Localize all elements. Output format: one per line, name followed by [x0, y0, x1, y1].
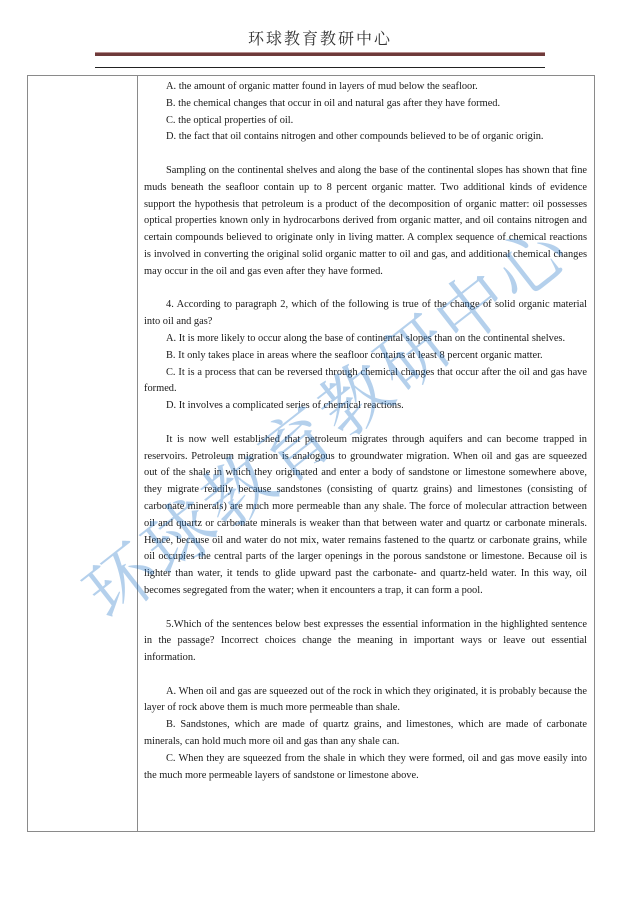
prev-option-d: D. the fact that oil contains nitrogen a…	[144, 129, 587, 146]
page-header-title: 环球教育教研中心	[0, 26, 640, 49]
question-5-option-b: B. Sandstones, which are made of quartz …	[144, 717, 587, 751]
question-4-option-a: A. It is more likely to occur along the …	[144, 331, 587, 348]
prev-option-c: C. the optical properties of oil.	[144, 113, 587, 130]
prev-option-a: A. the amount of organic matter found in…	[144, 79, 587, 96]
question-4-stem: 4. According to paragraph 2, which of th…	[144, 297, 587, 331]
prev-option-b: B. the chemical changes that occur in oi…	[144, 96, 587, 113]
right-column-cell: A. the amount of organic matter found in…	[138, 76, 594, 831]
question-5-stem: 5.Which of the sentences below best expr…	[144, 617, 587, 667]
passage-paragraph-3: It is now well established that petroleu…	[144, 432, 587, 600]
content-table: A. the amount of organic matter found in…	[27, 75, 595, 832]
question-4-option-b: B. It only takes place in areas where th…	[144, 348, 587, 365]
passage-paragraph-2: Sampling on the continental shelves and …	[144, 163, 587, 281]
header-rule-thin	[95, 67, 545, 68]
header-rule-thick	[95, 52, 545, 56]
question-4-option-d: D. It involves a complicated series of c…	[144, 398, 587, 415]
question-4-option-c: C. It is a process that can be reversed …	[144, 365, 587, 399]
question-5-option-c: C. When they are squeezed from the shale…	[144, 751, 587, 785]
question-5-option-a: A. When oil and gas are squeezed out of …	[144, 684, 587, 718]
left-column-cell	[28, 76, 138, 831]
